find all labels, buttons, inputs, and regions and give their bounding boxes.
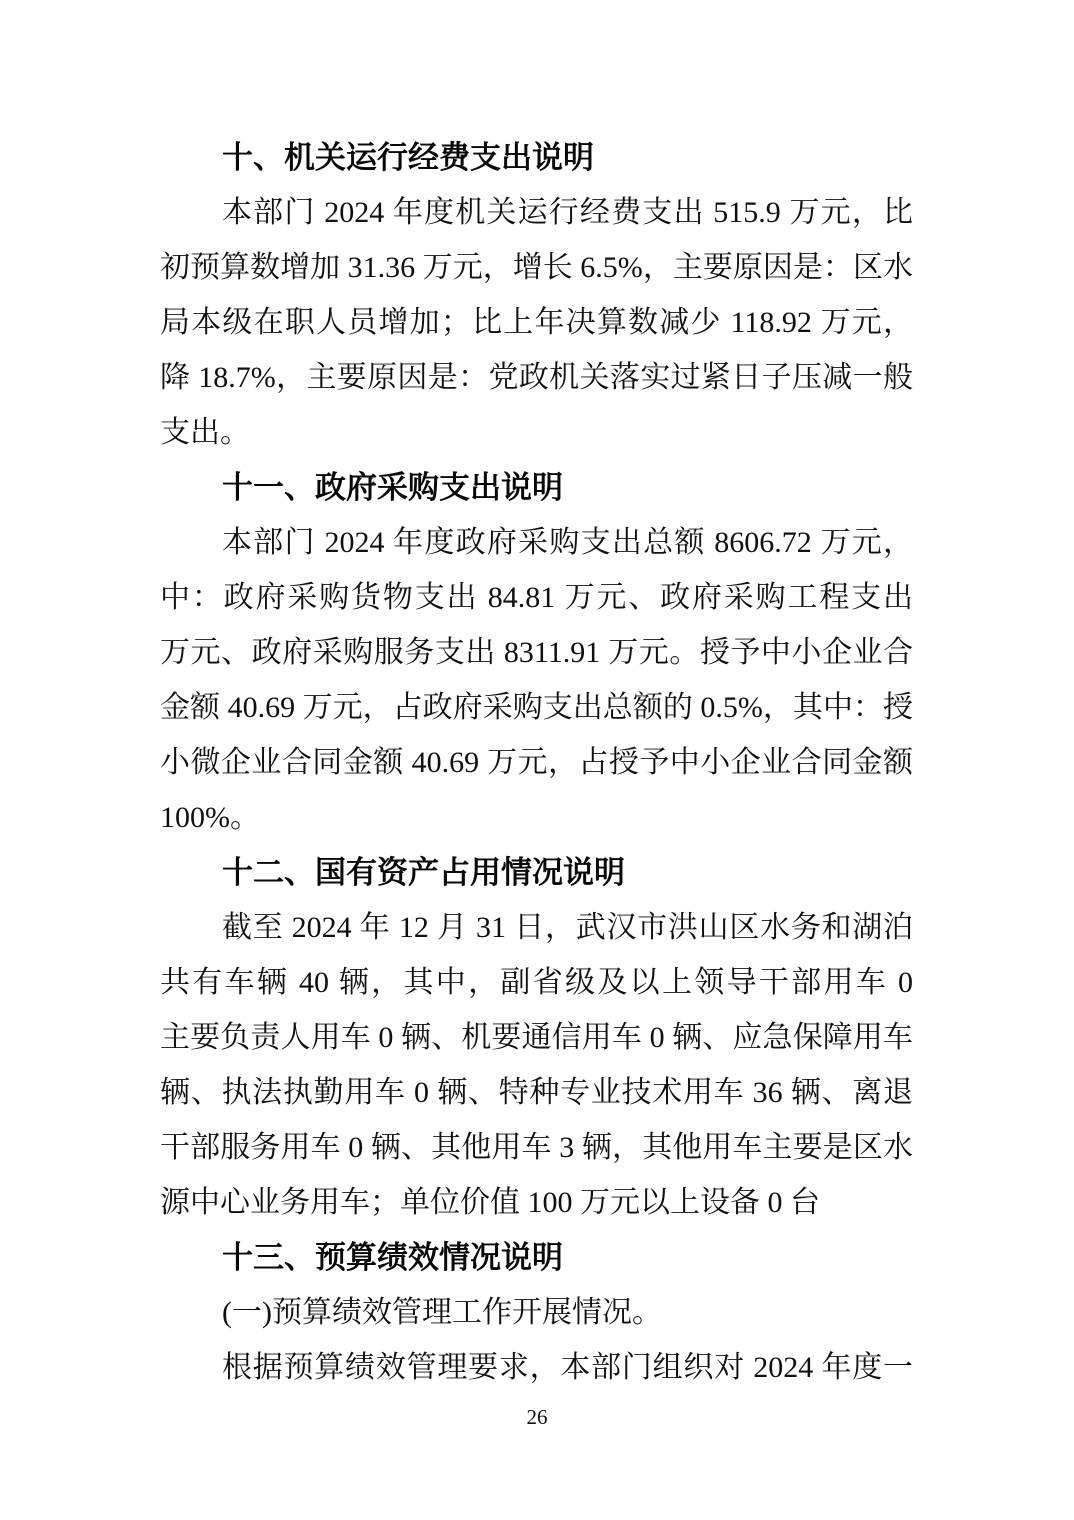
paragraph-line: 100%。 bbox=[160, 790, 913, 845]
paragraph-line: 金额 40.69 万元，占政府采购支出总额的 0.5%，其中：授予 bbox=[160, 680, 913, 735]
paragraph-line: 主要负责人用车 0 辆、机要通信用车 0 辆、应急保障用车 1 bbox=[160, 1010, 913, 1065]
paragraph-line: 本部门 2024 年度政府采购支出总额 8606.72 万元，其 bbox=[160, 515, 913, 570]
paragraph-line: 初预算数增加 31.36 万元，增长 6.5%，主要原因是：区水务 bbox=[160, 240, 913, 295]
section-heading-12: 十二、国有资产占用情况说明 bbox=[160, 845, 913, 900]
paragraph-line: (一)预算绩效管理工作开展情况。 bbox=[160, 1285, 913, 1340]
section-heading-13: 十三、预算绩效情况说明 bbox=[160, 1230, 913, 1285]
paragraph-line: 源中心业务用车；单位价值 100 万元以上设备 0 台（套）。 bbox=[160, 1175, 913, 1230]
paragraph-line: 干部服务用车 0 辆、其他用车 3 辆，其他用车主要是区水资 bbox=[160, 1120, 913, 1175]
document-body: 十、机关运行经费支出说明 本部门 2024 年度机关运行经费支出 515.9 万… bbox=[160, 130, 913, 1395]
paragraph-line: 共有车辆 40 辆，其中，副省级及以上领导干部用车 0 辆、 bbox=[160, 955, 913, 1010]
paragraph-line: 小微企业合同金额 40.69 万元，占授予中小企业合同金额的 bbox=[160, 735, 913, 790]
document-page: 十、机关运行经费支出说明 本部门 2024 年度机关运行经费支出 515.9 万… bbox=[0, 0, 1074, 1520]
paragraph-line: 本部门 2024 年度机关运行经费支出 515.9 万元，比年 bbox=[160, 185, 913, 240]
section-heading-10: 十、机关运行经费支出说明 bbox=[160, 130, 913, 185]
section-heading-11: 十一、政府采购支出说明 bbox=[160, 460, 913, 515]
paragraph-line: 降 18.7%，主要原因是：党政机关落实过紧日子压减一般性 bbox=[160, 350, 913, 405]
paragraph-line: 支出。 bbox=[160, 405, 913, 460]
paragraph-line: 辆、执法执勤用车 0 辆、特种专业技术用车 36 辆、离退休 bbox=[160, 1065, 913, 1120]
paragraph-line: 万元、政府采购服务支出 8311.91 万元。授予中小企业合同 bbox=[160, 625, 913, 680]
paragraph-line: 局本级在职人员增加；比上年决算数减少 118.92 万元，下 bbox=[160, 295, 913, 350]
page-number: 26 bbox=[0, 1404, 1074, 1430]
paragraph-line: 根据预算绩效管理要求，本部门组织对 2024 年度一般 bbox=[160, 1340, 913, 1395]
paragraph-line: 中：政府采购货物支出 84.81 万元、政府采购工程支出 210 bbox=[160, 570, 913, 625]
paragraph-line: 截至 2024 年 12 月 31 日，武汉市洪山区水务和湖泊局 bbox=[160, 900, 913, 955]
